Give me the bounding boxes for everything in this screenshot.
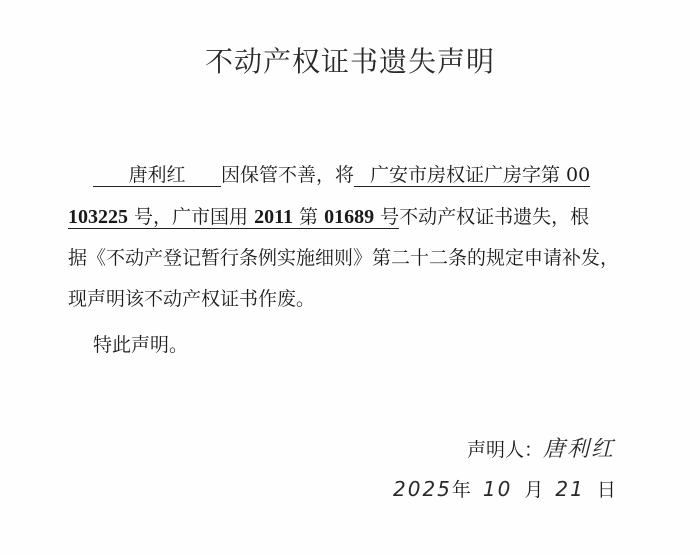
cert-number-2: 01689 bbox=[324, 206, 374, 228]
body-line-2: 103225 号，广市国用 2011 第 01689 号 不动产权证书遗失，根 bbox=[68, 205, 589, 229]
closing-statement: 特此声明。 bbox=[93, 333, 188, 357]
document-page: 不动产权证书遗失声明 唐利红因保管不善，将广安市房权证广房字第 00 10322… bbox=[0, 0, 700, 555]
body-line-1: 唐利红因保管不善，将广安市房权证广房字第 00 bbox=[93, 163, 590, 187]
certificate-number-part1: 广安市房权证广房字第 00 bbox=[354, 164, 590, 187]
document-title: 不动产权证书遗失声明 bbox=[0, 40, 700, 80]
date-year: 2025 bbox=[393, 477, 452, 501]
day-label: 日 bbox=[597, 479, 616, 501]
signature-label: 声明人： bbox=[467, 439, 543, 461]
reason-text: 因保管不善，将 bbox=[221, 164, 354, 186]
cert-text-c: 号 bbox=[374, 206, 399, 228]
cert-text-b: 第 bbox=[293, 206, 324, 228]
certificate-number-text-1: 广安市房权证广房字第 00 bbox=[370, 164, 590, 186]
handwritten-signature: 唐利红 bbox=[543, 437, 615, 462]
year-label: 年 bbox=[452, 479, 471, 501]
cert-text-a: 号，广市国用 bbox=[128, 206, 254, 228]
date-block: 2025年10月21日 bbox=[393, 475, 616, 502]
date-day: 21 bbox=[555, 477, 584, 501]
cert-number: 103225 bbox=[68, 206, 128, 228]
body-line-3: 据《不动产登记暂行条例实施细则》第二十二条的规定申请补发， bbox=[68, 246, 619, 270]
cert-year: 2011 bbox=[254, 206, 293, 228]
declarant-name-blank: 唐利红 bbox=[93, 164, 221, 187]
certificate-number-part2: 103225 号，广市国用 2011 第 01689 号 bbox=[68, 206, 399, 229]
signature-block: 声明人：唐利红 bbox=[467, 432, 615, 463]
month-label: 月 bbox=[524, 479, 543, 501]
date-month: 10 bbox=[483, 477, 512, 501]
declarant-name: 唐利红 bbox=[128, 164, 185, 186]
loss-text: 不动产权证书遗失，根 bbox=[399, 206, 589, 228]
body-line-4: 现声明该不动产权证书作废。 bbox=[68, 287, 315, 311]
